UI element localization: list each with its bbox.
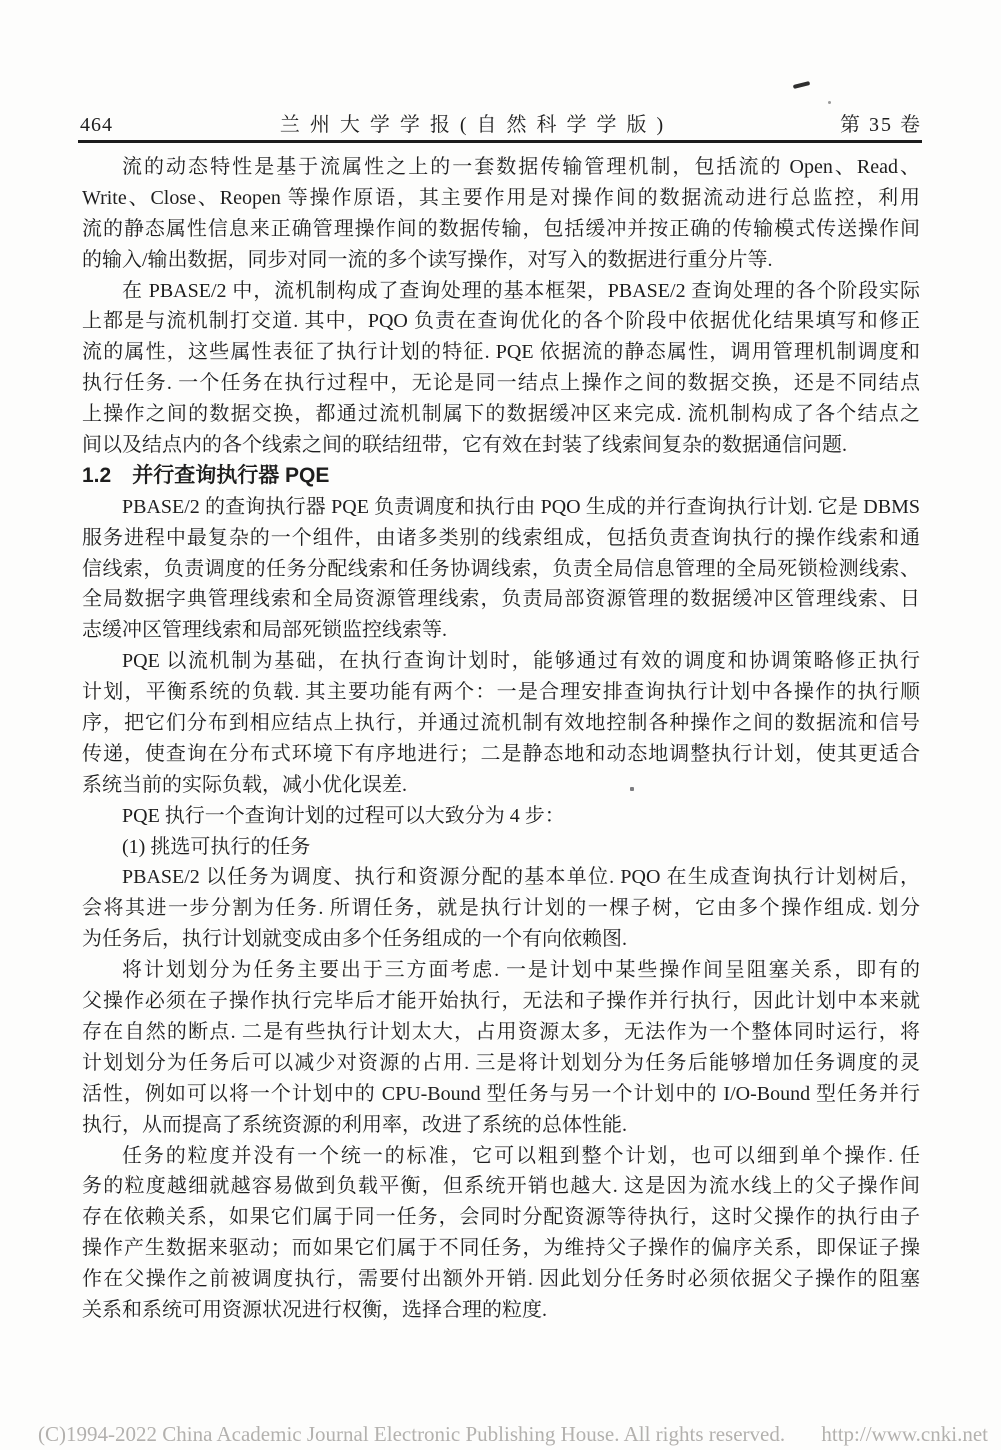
body-text: 流的动态特性是基于流属性之上的一套数据传输管理机制，包括流的 Open、Read… bbox=[82, 152, 920, 1326]
text-line: 计划划分为任务后可以减少对资源的占用. 三是将计划划分为任务后能够增加任务调度的… bbox=[82, 1048, 920, 1079]
text-line: 信线索，负责调度的任务分配线索和任务协调线索，负责全局信息管理的全局死锁检测线索… bbox=[82, 554, 920, 585]
text-line: PBASE/2 的查询执行器 PQE 负责调度和执行由 PQO 生成的并行查询执… bbox=[82, 492, 920, 523]
text-line: 流的静态属性信息来正确管理操作间的数据传输，包括缓冲并按正确的传输模式传送操作间 bbox=[82, 214, 920, 245]
text-line: 作在父操作之前被调度执行，需要付出额外开销. 因此划分任务时必须依据父子操作的阻… bbox=[82, 1264, 920, 1295]
text-line: 操作产生数据来驱动；而如果它们属于不同任务，为维持父子操作的偏序关系，即保证子操 bbox=[82, 1233, 920, 1264]
text-line: PBASE/2 以任务为调度、执行和资源分配的基本单位. PQO 在生成查询执行… bbox=[82, 862, 920, 893]
copyright-text: (C)1994-2022 China Academic Journal Elec… bbox=[38, 1422, 785, 1447]
text-line: 序，把它们分布到相应结点上执行，并通过流机制有效地控制各种操作之间的数据流和信号 bbox=[82, 708, 920, 739]
page-header: 464 兰州大学学报(自然科学学版) 第 35 卷 bbox=[80, 108, 922, 137]
text-line: 存在依赖关系，如果它们属于同一任务，会同时分配资源等待执行，这时父操作的执行由子 bbox=[82, 1202, 920, 1233]
text-line: 流的属性，这些属性表征了执行计划的特征. PQE 依据流的静态属性，调用管理机制… bbox=[82, 337, 920, 368]
text-line: 系统当前的实际负载，减小优化误差. bbox=[82, 770, 920, 801]
text-line: PQE 以流机制为基础，在执行查询计划时，能够通过有效的调度和协调策略修正执行 bbox=[82, 646, 920, 677]
text-line: 间以及结点内的各个线索之间的联结纽带，它有效在封装了线索间复杂的数据通信问题. bbox=[82, 430, 920, 461]
text-line: 志缓冲区管理线索和局部死锁监控线索等. bbox=[82, 615, 920, 646]
text-line: 为任务后，执行计划就变成由多个任务组成的一个有向依赖图. bbox=[82, 924, 920, 955]
text-line: 父操作必须在子操作执行完毕后才能开始执行，无法和子操作并行执行，因此计划中本来就 bbox=[82, 986, 920, 1017]
text-line: PQE 执行一个查询计划的过程可以大致分为 4 步： bbox=[82, 801, 920, 832]
text-line: 上都是与流机制打交道. 其中，PQO 负责在查询优化的各个阶段中依据优化结果填写… bbox=[82, 306, 920, 337]
text-line: 上操作之间的数据交换，都通过流机制属下的数据缓冲区来完成. 流机制构成了各个结点… bbox=[82, 399, 920, 430]
text-line: 活性，例如可以将一个计划中的 CPU-Bound 型任务与另一个计划中的 I/O… bbox=[82, 1079, 920, 1110]
text-line: 计划，平衡系统的负载. 其主要功能有两个：一是合理安排查询执行计划中各操作的执行… bbox=[82, 677, 920, 708]
text-line: 务的粒度越细就越容易做到负载平衡，但系统开销也越大. 这是因为流水线上的父子操作… bbox=[82, 1171, 920, 1202]
ink-speck-icon bbox=[828, 101, 831, 104]
text-line: 传递，使查询在分布式环境下有序地进行；二是静态地和动态地调整执行计划，使其更适合 bbox=[82, 739, 920, 770]
section-heading: 1.2 并行查询执行器 PQE bbox=[82, 461, 920, 492]
text-line: 执行，从而提高了系统资源的利用率，改进了系统的总体性能. bbox=[82, 1110, 920, 1141]
cnki-url: http://www.cnki.net bbox=[821, 1422, 988, 1447]
text-line: 服务进程中最复杂的一个组件，由诸多类别的线索组成，包括负责查询执行的操作线索和通 bbox=[82, 523, 920, 554]
text-line: 执行任务. 一个任务在执行过程中，无论是同一结点上操作之间的数据交换，还是不同结… bbox=[82, 368, 920, 399]
text-line: 任务的粒度并没有一个统一的标准，它可以粗到整个计划，也可以细到单个操作. 任 bbox=[82, 1141, 920, 1172]
volume-label: 第 35 卷 bbox=[840, 108, 922, 137]
text-line: 将计划划分为任务主要出于三方面考虑. 一是计划中某些操作间呈阻塞关系，即有的 bbox=[82, 955, 920, 986]
text-line: 流的动态特性是基于流属性之上的一套数据传输管理机制，包括流的 Open、Read… bbox=[82, 152, 920, 183]
header-rule bbox=[78, 140, 922, 143]
pen-mark-artifact bbox=[793, 81, 810, 89]
text-line: 关系和系统可用资源状况进行权衡，选择合理的粒度. bbox=[82, 1295, 920, 1326]
text-line: Write、Close、Reopen 等操作原语，其主要作用是对操作间的数据流动… bbox=[82, 183, 920, 214]
text-line: 存在自然的断点. 二是有些执行计划太大，占用资源太多，无法作为一个整体同时运行，… bbox=[82, 1017, 920, 1048]
page-footer: (C)1994-2022 China Academic Journal Elec… bbox=[38, 1422, 988, 1447]
text-line: 在 PBASE/2 中，流机制构成了查询处理的基本框架，PBASE/2 查询处理… bbox=[82, 276, 920, 307]
text-line: 全局数据字典管理线索和全局资源管理线索，负责局部资源管理的数据缓冲区管理线索、日 bbox=[82, 584, 920, 615]
journal-title: 兰州大学学报(自然科学学版) bbox=[280, 108, 673, 137]
scanned-journal-page: 464 兰州大学学报(自然科学学版) 第 35 卷 流的动态特性是基于流属性之上… bbox=[0, 0, 1001, 1450]
text-line: (1) 挑选可执行的任务 bbox=[82, 832, 920, 863]
text-line: 会将其进一步分割为任务. 所谓任务，就是执行计划的一棵子树，它由多个操作组成. … bbox=[82, 893, 920, 924]
text-line: 的输入/输出数据，同步对同一流的多个读写操作，对写入的数据进行重分片等. bbox=[82, 245, 920, 276]
page-number: 464 bbox=[80, 114, 113, 137]
